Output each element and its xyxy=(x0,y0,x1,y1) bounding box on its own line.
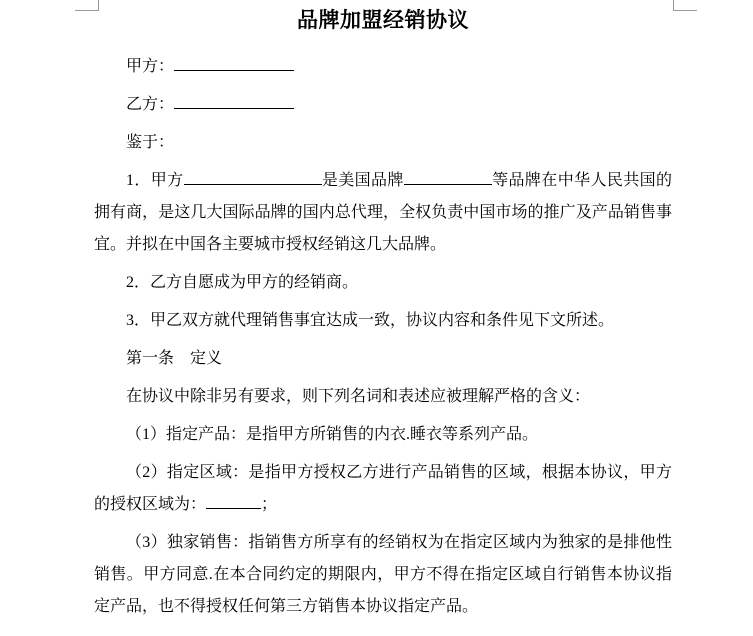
article-1-intro: 在协议中除非另有要求，则下列名词和表述应被理解严格的含义： xyxy=(94,381,672,413)
document-title: 品牌加盟经销协议 xyxy=(94,4,672,37)
document-page: 品牌加盟经销协议 甲方： 乙方： 鉴于： 1．甲方是美国品牌等品牌在中华人民共国… xyxy=(94,0,672,629)
definition-item-2-fill-blank xyxy=(206,491,261,509)
recital-1-text-a: 1．甲方 xyxy=(126,172,184,189)
recital-1-fill-blank-2 xyxy=(404,167,492,185)
party-a-fill-blank xyxy=(174,53,294,71)
party-a-label: 甲方： xyxy=(126,58,174,75)
recital-3: 3．甲乙双方就代理销售事宜达成一致，协议内容和条件见下文所述。 xyxy=(94,305,672,337)
recital-2: 2．乙方自愿成为甲方的经销商。 xyxy=(94,267,672,299)
definition-item-2-text-a: （2）指定区域：是指甲方授权乙方进行产品销售的区域，根据本协议，甲方的授权区域为… xyxy=(94,464,672,513)
definition-item-1: （1）指定产品：是指甲方所销售的内衣.睡衣等系列产品。 xyxy=(94,419,672,451)
definition-item-2-text-b: ； xyxy=(261,496,277,513)
definition-item-2: （2）指定区域：是指甲方授权乙方进行产品销售的区域，根据本协议，甲方的授权区域为… xyxy=(94,457,672,521)
party-b-fill-blank xyxy=(174,91,294,109)
definition-item-3: （3）独家销售：指销售方所享有的经销权为在指定区域内为独家的是排他性销售。甲方同… xyxy=(94,527,672,623)
party-b-label: 乙方： xyxy=(126,96,174,113)
recital-1-fill-blank-1 xyxy=(184,167,322,185)
recital-1: 1．甲方是美国品牌等品牌在中华人民共国的拥有商，是这几大国际品牌的国内总代理，全… xyxy=(94,165,672,261)
party-b-line: 乙方： xyxy=(94,89,672,121)
article-1-heading: 第一条 定义 xyxy=(94,343,672,375)
text-boundary-mark-top-right xyxy=(673,0,697,11)
whereas-line: 鉴于： xyxy=(94,127,672,159)
party-a-line: 甲方： xyxy=(94,51,672,83)
recital-1-text-b: 是美国品牌 xyxy=(322,172,404,189)
